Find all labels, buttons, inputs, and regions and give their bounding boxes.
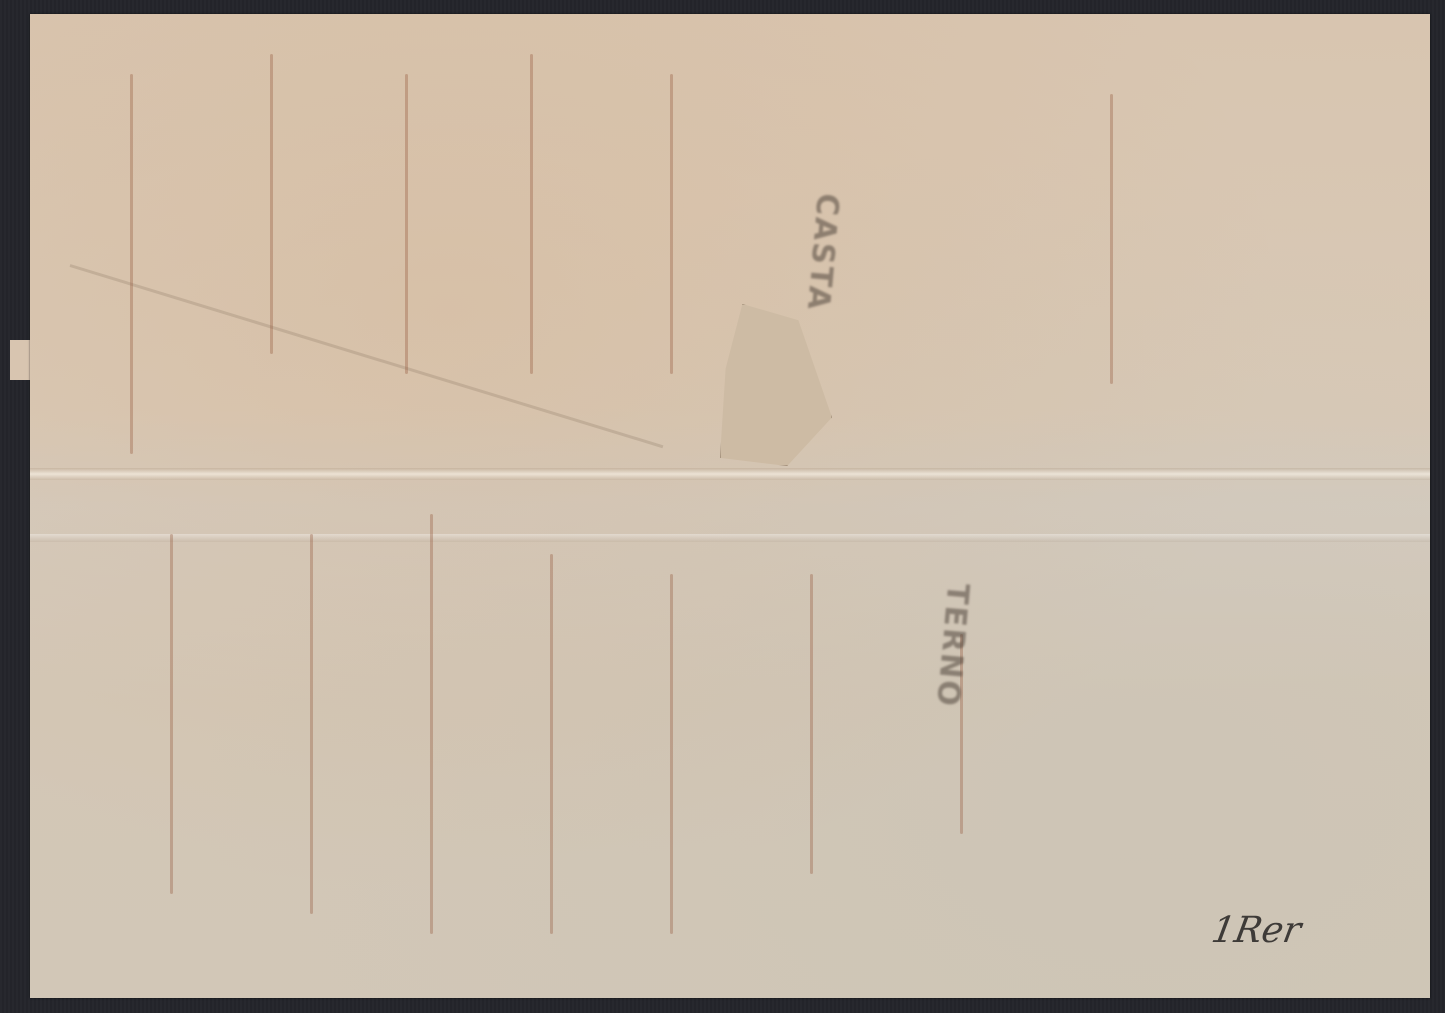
ink-bleed-stroke: [670, 574, 673, 934]
diagonal-fold: [70, 264, 664, 448]
ink-bleed-stroke: [405, 74, 408, 374]
ink-bleed-stroke: [170, 534, 173, 894]
ink-bleed-stroke: [310, 534, 313, 914]
ink-bleed-stroke: [1110, 94, 1113, 384]
horizontal-fold: [30, 468, 1430, 480]
horizontal-fold-lower: [30, 534, 1430, 542]
paper-repair-patch: [720, 304, 832, 466]
ink-bleed-stroke: [270, 54, 273, 354]
ink-bleed-stroke: [530, 54, 533, 374]
ink-bleed-stroke: [550, 554, 553, 934]
letter-sheet: [30, 14, 1430, 998]
ink-bleed-stroke: [810, 574, 813, 874]
ink-bleed-stroke: [130, 74, 133, 454]
ink-bleed-stroke: [670, 74, 673, 374]
ink-bleed-stroke: [430, 514, 433, 934]
pencil-note: 1Rer: [1208, 910, 1304, 951]
